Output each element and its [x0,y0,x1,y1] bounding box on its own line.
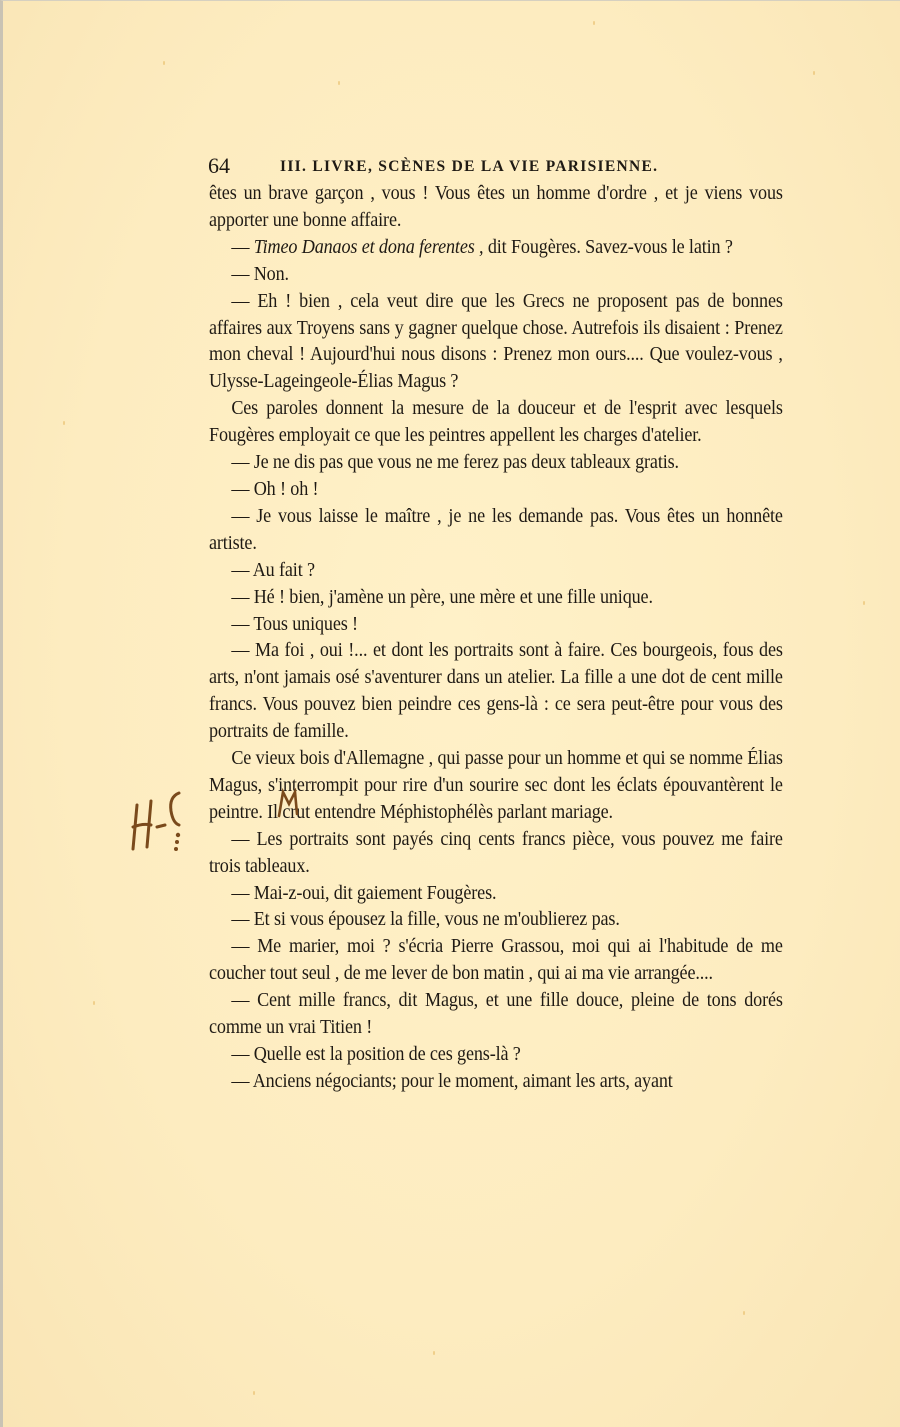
paragraph: — Quelle est la position de ces gens-là … [209,1042,783,1069]
paragraph: êtes un brave garçon , vous ! Vous êtes … [209,181,783,235]
paragraph-text: dit Fougères. Savez-vous le latin ? [483,237,732,258]
handwritten-hc-icon [129,783,199,863]
paragraph: — Au fait ? [209,558,783,585]
latin-quote: Timeo Danaos et dona ferentes , [254,237,484,258]
paragraph: — Non. [209,262,783,289]
book-page: 64 III. LIVRE, SCÈNES DE LA VIE PARISIEN… [0,0,900,1427]
paragraph: — Me marier, moi ? s'écria Pierre Grasso… [209,934,783,988]
paragraph: — Cent mille francs, dit Magus, et une f… [209,988,783,1042]
page-header: 64 III. LIVRE, SCÈNES DE LA VIE PARISIEN… [208,153,788,179]
paragraph: — Timeo Danaos et dona ferentes , dit Fo… [209,235,783,262]
handwritten-m-icon [275,788,303,818]
paragraph: — Anciens négociants; pour le moment, ai… [209,1069,783,1096]
paragraph: — Oh ! oh ! [209,477,783,504]
paragraph: — Je vous laisse le maître , je ne les d… [209,504,783,558]
paragraph: — Ma foi , oui !... et dont les portrait… [209,638,783,746]
running-head: III. LIVRE, SCÈNES DE LA VIE PARISIENNE. [280,154,658,180]
handwritten-inline-mark [275,788,303,818]
paragraph: Ces paroles donnent la mesure de la douc… [209,396,783,450]
paragraph: — Eh ! bien , cela veut dire que les Gre… [209,289,783,397]
handwritten-margin-annotation [129,783,199,863]
paragraph: — Et si vous épousez la fille, vous ne m… [209,907,783,934]
paragraph: — Je ne dis pas que vous ne me ferez pas… [209,450,783,477]
body-text: êtes un brave garçon , vous ! Vous êtes … [209,181,783,1096]
paragraph: — Mai-z-oui, dit gaiement Fougères. [209,881,783,908]
paragraph: — Les portraits sont payés cinq cents fr… [209,827,783,881]
paragraph: — Hé ! bien, j'amène un père, une mère e… [209,585,783,612]
page-number: 64 [208,153,230,179]
dialog-dash: — [231,237,253,258]
paragraph: — Tous uniques ! [209,612,783,639]
